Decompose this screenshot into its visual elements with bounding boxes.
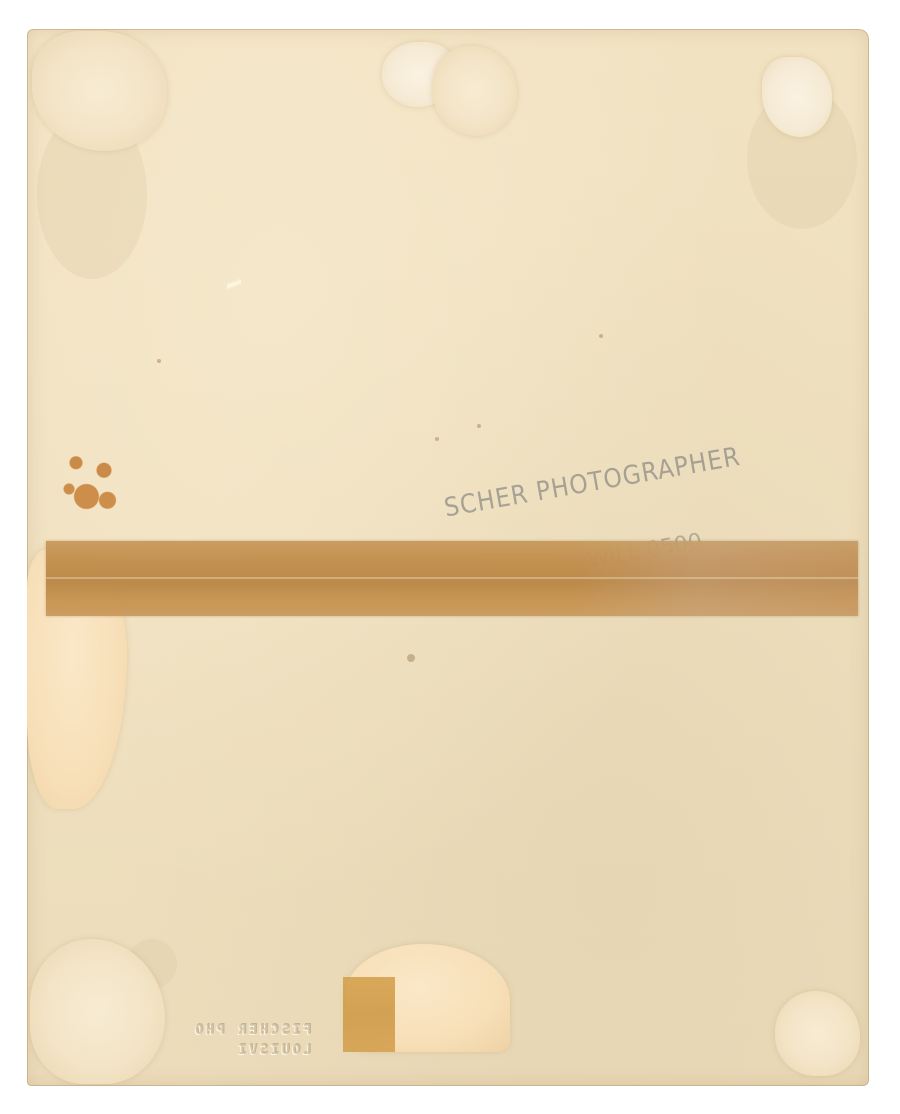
spot [435,437,439,441]
photographer-stamp: SCHER PHOTOGRAPHER [442,442,743,524]
crease-mark [227,267,241,301]
spot [407,654,415,662]
embossed-imprint: FISCHER PHO LOUISVI [192,1021,311,1061]
tape-fragment [343,977,395,1052]
spot [157,359,161,363]
embossed-line-2: LOUISVI [192,1041,311,1061]
spot [477,424,481,428]
embossed-line-1: FISCHER PHO [192,1021,311,1041]
photo-card-back: SCHER PHOTOGRAPHER WILL 0500 FISCHER PHO… [27,29,869,1086]
spot [599,334,603,338]
rust-stain [55,444,125,519]
tape-strip [46,541,858,616]
paper-remnant-top-center-b [432,46,517,136]
paper-remnant-bottom-right [775,991,860,1076]
